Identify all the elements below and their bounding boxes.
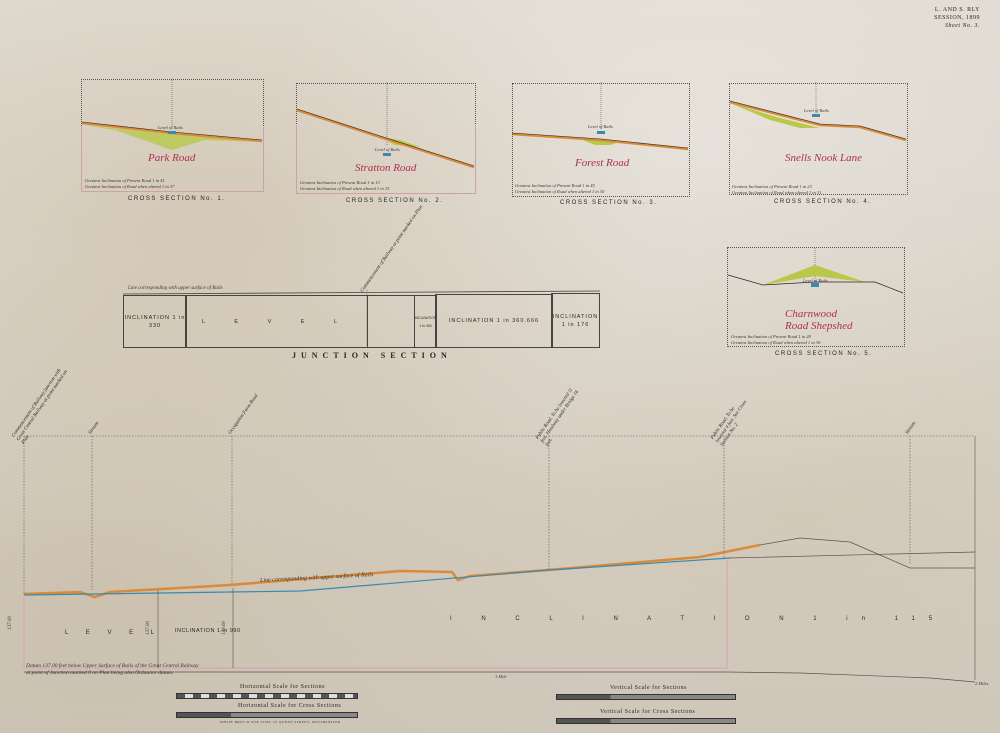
h-scale-cross-title: Horizontal Scale for Cross Sections xyxy=(238,703,341,709)
v-scale-sections-bar xyxy=(556,694,736,700)
junction-segment-5: INCLINATION 1 in 360.666 xyxy=(435,294,553,348)
junction-segment-3 xyxy=(366,295,415,348)
mile-label: 1 Mile xyxy=(495,674,507,680)
cross-section-1-frame xyxy=(81,79,264,128)
height-label-2: 137.00 xyxy=(146,621,152,635)
h-scale-sections-title: Horizontal Scale for Sections xyxy=(240,684,325,690)
cross-section-3-rail-label: Level of Rails xyxy=(588,124,613,130)
v-scale-cross-bar xyxy=(556,718,736,724)
cross-section-1-caption: CROSS SECTION No. 1. xyxy=(128,196,225,202)
v-scale-cross-title: Vertical Scale for Cross Sections xyxy=(600,709,695,715)
main-segment-inclination-115: I N C L I N A T I O N 1 in 115 xyxy=(450,616,946,622)
cross-section-3-caption: CROSS SECTION No. 3. xyxy=(560,200,657,206)
junction-segment-6: INCLINATION 1 in 176 xyxy=(551,293,600,348)
cross-section-2-road-name: Stratton Road xyxy=(355,162,416,174)
cross-section-3-notes: Greatest Inclination of Present Road 1 i… xyxy=(515,183,604,195)
cross-section-5-caption: CROSS SECTION No. 5. xyxy=(775,351,872,357)
junction-section-title: JUNCTION SECTION xyxy=(292,351,452,360)
cross-section-5-rail-label: Level of Rails xyxy=(803,278,828,284)
h-scale-cross-bar xyxy=(176,712,358,718)
cross-section-2-rail-label: Level of Rails xyxy=(375,147,400,153)
cross-section-1-rail-label: Level of Rails xyxy=(158,125,183,131)
v-scale-sections-title: Vertical Scale for Sections xyxy=(610,685,687,691)
junction-segment-1: INCLINATION 1 in 330 xyxy=(123,295,187,348)
cross-section-5-road-name: Charnwood Road Shepshed xyxy=(785,308,855,332)
junction-segment-2: L E V E L xyxy=(185,295,368,348)
cross-section-3-road-name: Forest Road xyxy=(575,157,629,169)
cross-section-5-frame xyxy=(727,247,905,347)
cross-section-1-road-name: Park Road xyxy=(148,152,195,164)
cross-section-2-frame xyxy=(296,83,476,126)
h-scale-sections-bar xyxy=(176,693,358,699)
cross-section-4-caption: CROSS SECTION No. 4. xyxy=(774,199,871,205)
junction-segment-4: INCLINATION 1 in 300 xyxy=(414,295,437,348)
junction-rail-line-label: Line corresponding with upper surface of… xyxy=(128,286,223,292)
cross-section-4-road-name: Snells Nook Lane xyxy=(785,152,862,164)
height-label-3: 139.00 xyxy=(222,621,228,635)
datum-note: Datum 137.00 feet below Upper Surface of… xyxy=(26,663,199,677)
cross-section-5-notes: Greatest Inclination of Present Road 1 i… xyxy=(731,334,820,346)
cross-section-1-notes: Greatest Inclination of Present Road 1 i… xyxy=(85,178,174,190)
end-label: 2 Miles xyxy=(975,681,988,687)
cross-section-4-frame xyxy=(729,83,908,195)
cross-section-3-frame xyxy=(512,83,690,197)
height-label-1: 137.00 xyxy=(8,616,14,630)
printer-imprint: WHITE BROS & SON LITH. 16 QUEEN STREET, … xyxy=(220,719,341,725)
main-segment-inclination-990: INCLINATION 1 in 990 xyxy=(175,628,241,634)
cross-section-2-caption: CROSS SECTION No. 2. xyxy=(346,198,443,204)
cross-section-2-notes: Greatest Inclination of Present Road 1 i… xyxy=(300,180,389,192)
cross-section-4-rail-label: Level of Rails xyxy=(804,108,829,114)
cross-section-4-notes: Greatest Inclination of Present Road 1 i… xyxy=(732,184,821,196)
